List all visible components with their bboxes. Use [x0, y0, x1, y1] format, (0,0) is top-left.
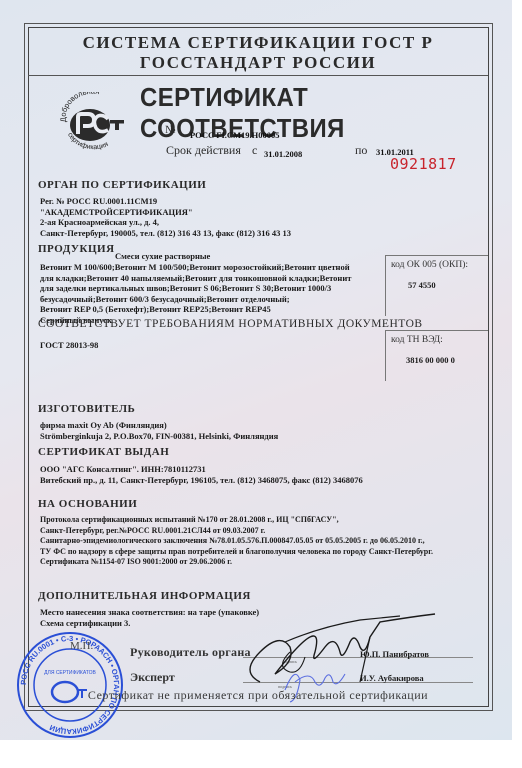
- manufacturer-address: Strömberginkuja 2, P.O.Box70, FIN-00381,…: [40, 431, 278, 442]
- expert-label: Эксперт: [130, 670, 175, 685]
- system-line-1: СИСТЕМА СЕРТИФИКАЦИИ ГОСТ Р: [28, 33, 488, 53]
- tnved-code-box: код ТН ВЭД: 3816 00 000 0: [385, 330, 488, 381]
- product-line: Ветонит REP 0,5 (Бетохефт);Ветонит REP25…: [40, 304, 390, 315]
- body-contacts: Санкт-Петербург, 190005, тел. (812) 316 …: [40, 228, 291, 239]
- basis-details: Протокола сертификационных испытаний №17…: [40, 515, 433, 568]
- standard-reference: ГОСТ 28013-98: [40, 340, 98, 351]
- header-divider: [28, 75, 488, 76]
- basis-line: Сертификата №1154-07 ISO 9001:2000 от 29…: [40, 557, 433, 568]
- issued-to-details: ООО "АГС Консалтинг". ИНН:7810112731 Вит…: [40, 464, 363, 485]
- okp-code-box: код ОК 005 (ОКП): 57 4550: [385, 255, 488, 316]
- body-name: "АКАДЕМСТРОЙСЕРТИФИКАЦИЯ": [40, 207, 291, 218]
- basis-line: Санитарно-эпидемиологического заключения…: [40, 536, 433, 547]
- certification-system-title: СИСТЕМА СЕРТИФИКАЦИИ ГОСТ Р ГОССТАНДАРТ …: [28, 33, 488, 73]
- serial-number: 0921817: [390, 155, 457, 173]
- stamp-place-label: М.П.: [70, 640, 93, 652]
- body-reg-number: Рег. № РОСС RU.0001.11СМ19: [40, 196, 291, 207]
- basis-line: Протокола сертификационных испытаний №17…: [40, 515, 433, 526]
- manufacturer-heading: ИЗГОТОВИТЕЛЬ: [38, 403, 135, 415]
- system-line-2: ГОССТАНДАРТ РОССИИ: [28, 53, 488, 73]
- svg-text:ДЛЯ СЕРТИФИКАТОВ: ДЛЯ СЕРТИФИКАТОВ: [44, 670, 96, 676]
- validity-from-label: с: [252, 143, 257, 158]
- product-line: Ветонит М 100/600;Ветонит М 100/500;Вето…: [40, 262, 390, 273]
- certification-body-details: Рег. № РОСС RU.0001.11СМ19 "АКАДЕМСТРОЙС…: [40, 196, 291, 238]
- manufacturer-name: фирма maxit Oy Ab (Финляндия): [40, 420, 278, 431]
- conformity-heading: СООТВЕТСТВУЕТ ТРЕБОВАНИЯМ НОРМАТИВНЫХ ДО…: [38, 318, 423, 330]
- number-label: №: [165, 124, 176, 136]
- certificate-number: РОСС FI.СМ19.Н00005: [190, 130, 280, 140]
- validity-to-label: по: [355, 143, 367, 158]
- certification-scheme: Схема сертификации 3.: [40, 618, 259, 629]
- validity-from-date: 31.01.2008: [264, 149, 302, 159]
- additional-info-details: Место нанесения знака соответствия: на т…: [40, 607, 259, 628]
- basis-line: ТУ ФС по надзору в сфере защиты прав пот…: [40, 547, 433, 558]
- applicant-name: ООО "АГС Консалтинг". ИНН:7810112731: [40, 464, 363, 475]
- mark-placement: Место нанесения знака соответствия: на т…: [40, 607, 259, 618]
- applicant-address: Витебский пр., д. 11, Санкт-Петербург, 1…: [40, 475, 363, 486]
- validity-label: Срок действия: [166, 143, 241, 158]
- footer-note: Сертификат не применяется при обязательн…: [28, 688, 488, 703]
- okp-label: код ОК 005 (ОКП):: [391, 260, 468, 270]
- product-line: безусадочный;Ветонит 600/3 безусадочный;…: [40, 294, 390, 305]
- tnved-value: 3816 00 000 0: [406, 355, 455, 365]
- product-line: для заделки вертикальных швов;Ветонит S …: [40, 283, 390, 294]
- body-address: 2-ая Красноармейская ул., д. 4,: [40, 217, 291, 228]
- basis-heading: НА ОСНОВАНИИ: [38, 498, 137, 510]
- product-subtitle: Смеси сухие растворные: [115, 251, 210, 262]
- certification-body-heading: ОРГАН ПО СЕРТИФИКАЦИИ: [38, 179, 206, 191]
- product-line: для кладки;Ветонит 40 напыляемый;Ветонит…: [40, 273, 390, 284]
- issued-to-heading: СЕРТИФИКАТ ВЫДАН: [38, 446, 169, 458]
- product-list: Ветонит М 100/600;Ветонит М 100/500;Вето…: [40, 262, 390, 325]
- tnved-label: код ТН ВЭД:: [391, 335, 443, 345]
- manufacturer-details: фирма maxit Oy Ab (Финляндия) Strömbergi…: [40, 420, 278, 441]
- okp-value: 57 4550: [408, 280, 436, 290]
- rst-logo-icon: Добровольная сертификация: [58, 92, 128, 154]
- product-heading: ПРОДУКЦИЯ: [38, 243, 115, 255]
- additional-info-heading: ДОПОЛНИТЕЛЬНАЯ ИНФОРМАЦИЯ: [38, 590, 251, 602]
- basis-line: Санкт-Петербург, рег.№РОСС RU.0001.21СЛ4…: [40, 526, 433, 537]
